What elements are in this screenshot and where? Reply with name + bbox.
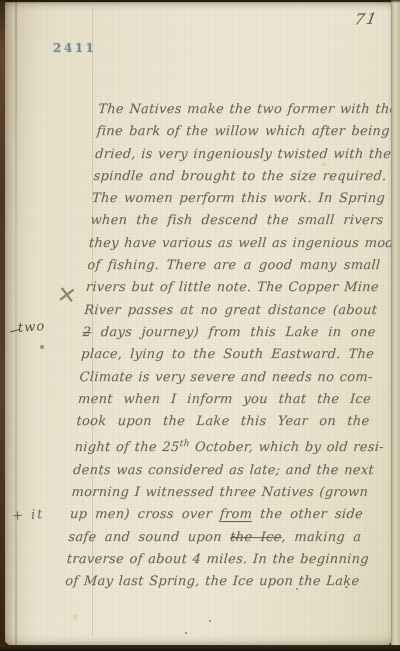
manuscript-line: fine bark of the willow which after bein… [96,121,391,143]
manuscript-scan: 71 2411 The Natives make the two former … [0,0,400,651]
manuscript-line: River passes at no great distance (about [83,300,378,322]
page-number: 71 [353,9,380,28]
margin-note-two: two [18,319,46,336]
archive-stamp: 2411 [53,41,96,55]
margin-x-mark: ✕ [55,282,78,310]
manuscript-line: ment when I inform you that the Ice [77,389,372,411]
manuscript-line: dried, is very ingeniously twisted with … [94,144,389,166]
scan-bottom-shadow [0,645,400,651]
line-text: October, which by old resi- [189,440,384,455]
manuscript-line: spindle and brought to the size required… [93,166,388,188]
scan-top-shadow [0,0,400,3]
manuscript-line-date: night of the 25th October, which by old … [74,433,369,459]
foxing-speck [323,163,326,166]
manuscript-line: of May last Spring, the Ice upon the Lak… [64,571,359,593]
binding-crease [15,2,17,646]
manuscript-line-correction: safe and sound upon the Ice, making a [68,527,363,549]
line-text: night of the 25 [74,440,180,455]
margin-note-it: + it [12,507,45,524]
manuscript-page: 71 2411 The Natives make the two former … [4,2,392,646]
foxing-speck [185,632,187,634]
line-text: days journey) from this Lake in one [91,325,376,340]
manuscript-line: Climate is very severe and needs no com- [79,367,374,389]
manuscript-line: rivers but of little note. The Copper Mi… [85,277,380,299]
manuscript-line: when the fish descend the small rivers [90,210,385,232]
manuscript-line: The Natives make the two former with the [97,99,392,121]
underlined-word: from [219,507,252,522]
manuscript-line-correction: 2 days journey) from this Lake in one [82,322,377,344]
foxing-speck [40,345,44,349]
manuscript-text: The Natives make the two former with the… [64,99,392,594]
foxing-speck [345,586,348,588]
foxing-speck [296,588,298,590]
foxing-speck [73,614,77,620]
manuscript-line: The women perform this work. In Spring [91,188,386,210]
manuscript-line-underlined: up men) cross over from the other side [69,504,364,526]
line-text: the other side [252,507,364,522]
line-text: , making a [281,530,362,545]
caret-insertion-mark: ^ [229,534,238,547]
page-stack-edge [391,0,400,647]
book-spine-edge [0,0,5,651]
line-text: safe and sound upon [68,530,231,545]
manuscript-line: dents was considered as late; and the ne… [72,460,367,482]
foxing-speck [209,620,211,622]
manuscript-line: place, lying to the South Eastward. The [80,344,375,366]
manuscript-line: morning I witnessed three Natives (grown [71,482,366,504]
manuscript-line: they have various as well as ingenious m… [88,233,383,255]
manuscript-line: took upon the Lake this Year on the [76,411,371,433]
manuscript-line: traverse of about 4 miles. In the beginn… [66,549,361,571]
line-text: up men) cross over [69,507,220,522]
manuscript-line: of fishing. There are a good many small [87,255,382,277]
